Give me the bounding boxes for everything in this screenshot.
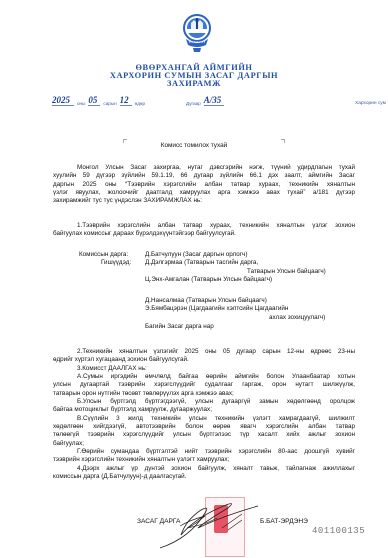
- item-3g-line: тээврийн хэрэгслийн техникийн хяналтын ү…: [53, 456, 355, 464]
- item-3v-line: байгуулах;: [53, 440, 355, 448]
- item-4-line: 4.Дээрх ажлыг үр дүнтэй зохион байгуулж,…: [53, 465, 355, 473]
- date-line: 2025 оны 05 сарын 12 өдөр: [52, 95, 145, 106]
- number-label: Дугаар: [186, 101, 201, 106]
- item-3a-line: улсын дугаартай тээврийн хэрэгслүүдийг с…: [53, 381, 355, 389]
- commission-members-label: Гишүүдэд:: [101, 259, 131, 267]
- state-emblem-icon: [182, 12, 212, 54]
- year-label: оны: [77, 101, 85, 106]
- member: Багийн Засаг дарга нар: [145, 323, 214, 331]
- item-2-line: өдрийг хүртэл хугацаанд зохион байгуулсу…: [53, 356, 355, 364]
- header-ordinance: ЗАХИРАМЖ: [0, 80, 388, 89]
- date-year: 2025: [52, 95, 74, 106]
- handwritten-signature-icon: [150, 498, 270, 554]
- date-day: 12: [120, 95, 132, 106]
- item-1: 1.Тээврийн хэрэгслийн албан татвар хураа…: [53, 222, 355, 239]
- member: Д.Дэлгэрмаа (Татварын тасгийн дарга,: [145, 259, 258, 267]
- month-label: сарын: [103, 101, 116, 106]
- document-title: Комисс томилох тухай: [0, 142, 388, 150]
- registration-number: 401100135: [312, 526, 365, 536]
- preamble: Монгол Улсын Засаг захиргаа, нутаг дэвсг…: [53, 164, 355, 206]
- item-3v-line: В.Сүүлийн 3 жилд техникийн улсын техники…: [53, 415, 355, 423]
- place: Хархорин сум: [355, 101, 386, 106]
- item-line: байгуулах комиссыг дараах бүрэлдэхүүнтэй…: [53, 230, 355, 238]
- item-3-heading: 3.Комисст ДААЛГАХ нь:: [53, 365, 355, 373]
- item-3a-line: татварын орон нутгийн төсөвт төвлөрүүлэх…: [53, 390, 355, 398]
- preamble-line: захирамжийг тус тус үндэслэн ЗАХИРАМЖЛАХ…: [53, 197, 355, 205]
- member-cont: ахлах зохицуулагч): [269, 314, 325, 322]
- date-month: 05: [88, 95, 100, 106]
- member: Э.Бямбацэрэн (Цагдаагийн хэлтсийн Цагдаа…: [145, 305, 288, 313]
- items-body: 2.Техникийн хяналтын үзлэгийг 2025 оны 0…: [53, 348, 355, 482]
- preamble-line: даргын 2025 оны “Тээврийн хэрэгслийн алб…: [53, 181, 355, 189]
- preamble-line: хуулийн 59 дүгээр зүйлийн 59.1.19, 66 ду…: [53, 172, 355, 180]
- item-3b-line: байгаа мотоциклыг бүртгэлд хамруулж, дуг…: [53, 406, 355, 414]
- number-line: Дугаар А/35: [186, 95, 224, 106]
- member: Ц.Энх-Амгалан (Татварын Улсын байцаагч): [145, 276, 272, 284]
- item-3v-line: төлөөгүй тээврийн хэрэгслүүдийг улсын бү…: [53, 431, 355, 439]
- day-label: өдөр: [135, 101, 145, 106]
- item-4-line: комиссын дарга (Д.Батчулуун)-д даалгасуг…: [53, 473, 355, 481]
- ordinance-number: А/35: [204, 95, 224, 106]
